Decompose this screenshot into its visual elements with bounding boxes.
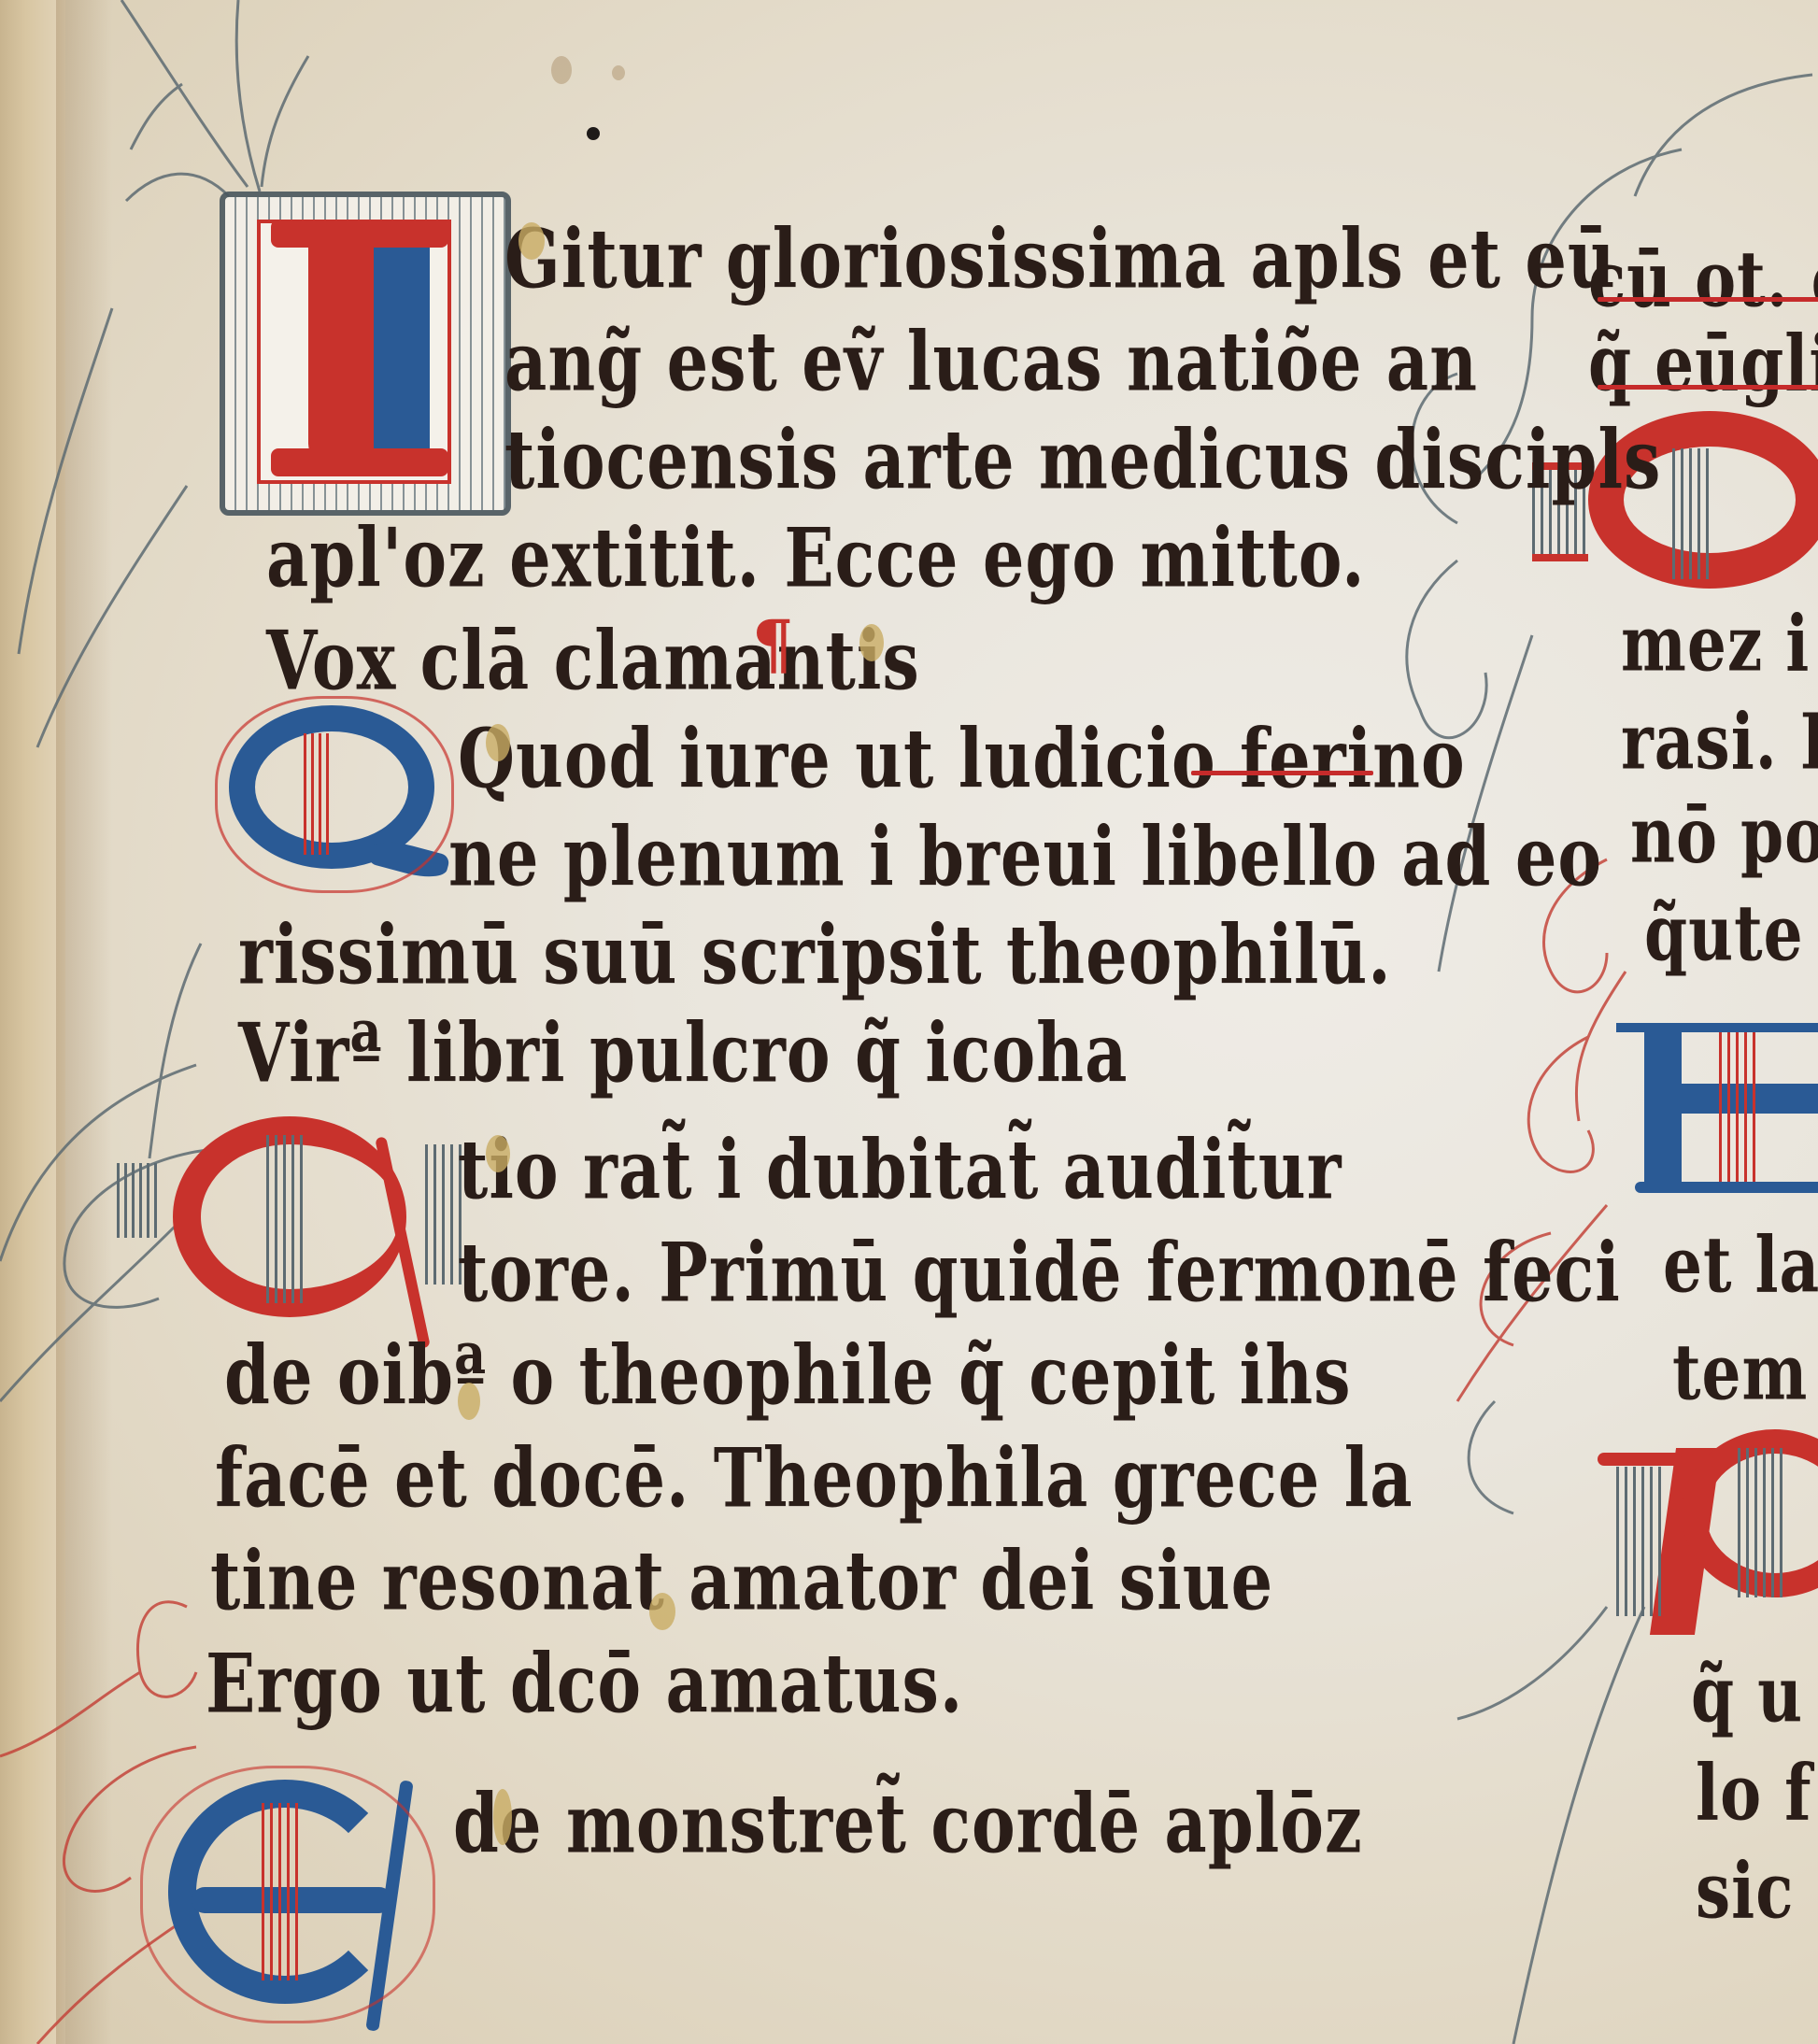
text-line: q̃ eūglie xyxy=(1588,318,1818,409)
text-line: q̃ u xyxy=(1691,1649,1803,1740)
gold-highlight xyxy=(518,222,545,260)
text-line: ne plenum i breui libello ad eo xyxy=(448,808,1602,905)
gold-highlight xyxy=(859,624,884,661)
text-line: Quod iure ut ludicio ferino xyxy=(458,710,1466,807)
text-line: tio rat̃ i dubitat̃ audit̃ur xyxy=(458,1121,1342,1218)
gold-highlight xyxy=(486,1135,510,1172)
foxing-stain xyxy=(612,65,625,80)
text-line: mez i xyxy=(1621,598,1810,689)
gutter-shadow xyxy=(56,0,112,2044)
initial-letter-p-red xyxy=(1598,1429,1818,1654)
text-line: tiocensis arte medicus discipls xyxy=(504,411,1661,508)
text-line: tore. Primū quidē fermonē feci xyxy=(458,1224,1621,1321)
text-line: facē et docē. Theophila grece la xyxy=(215,1429,1413,1526)
text-line: cū ot. et xyxy=(1588,234,1818,325)
ink-spot xyxy=(587,127,600,140)
text-line: Vox clā clamantis xyxy=(266,612,920,709)
initial-letter-i xyxy=(220,192,500,504)
initial-letter-h-blue xyxy=(1616,1014,1818,1191)
rubric-underline xyxy=(1191,771,1373,775)
rubric-underline xyxy=(1598,385,1818,390)
rubric-underline xyxy=(1598,297,1818,302)
text-line: Ergo ut dcō amatus. xyxy=(206,1635,963,1732)
text-line: ang̃ est eṽ lucas natiõe an xyxy=(504,313,1478,410)
rubric-paragraph-mark: ¶ xyxy=(752,605,794,683)
text-line: de oibª o theophile q̃ cepit ihs xyxy=(224,1327,1352,1424)
text-line: rasi. I xyxy=(1621,696,1818,788)
text-line: apl'oz extitit. Ecce ego mitto. xyxy=(266,509,1366,606)
gold-highlight xyxy=(493,1789,512,1845)
text-line: tine resonat amator dei siue xyxy=(210,1532,1273,1629)
gold-highlight xyxy=(486,724,510,761)
text-line: rissimū suū scripsit theophilū. xyxy=(238,906,1392,1003)
text-line: Virª libri pulcro q̃ icoha xyxy=(238,1004,1128,1101)
gold-highlight xyxy=(458,1383,480,1420)
initial-letter-e-blue xyxy=(168,1780,458,2032)
foxing-stain xyxy=(551,56,572,84)
text-line: sic xyxy=(1696,1845,1794,1937)
gold-highlight xyxy=(649,1593,675,1630)
text-line: de monstret̃ cordē aplōz xyxy=(453,1775,1363,1872)
text-line: Gitur gloriosissima apls et eū xyxy=(504,210,1616,307)
initial-letter-q-blue xyxy=(229,705,448,892)
text-line: tem xyxy=(1672,1327,1808,1418)
text-line: q̃ute xyxy=(1644,887,1804,979)
text-line: lo f xyxy=(1696,1747,1811,1838)
initial-letter-q-red xyxy=(173,1116,453,1350)
text-line: nō po xyxy=(1630,789,1818,881)
text-line: et la xyxy=(1663,1219,1818,1311)
